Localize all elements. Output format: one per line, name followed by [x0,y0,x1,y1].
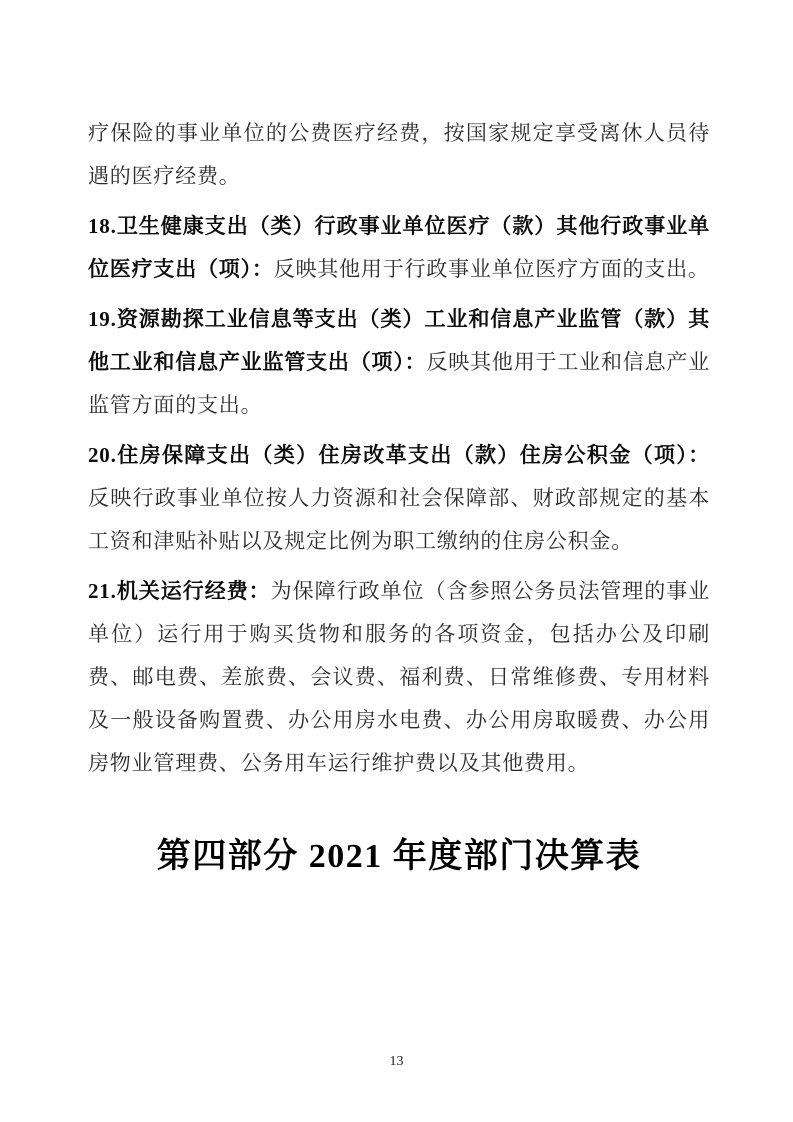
definition-item-20: 20.住房保障支出（类）住房改革支出（款）住房公积金（项）：反映行政事业单位按人… [88,434,710,563]
definition-item-21: 21.机关运行经费：为保障行政单位（含参照公务员法管理的事业单位）运行用于购买货… [88,570,710,785]
definition-description: 为保障行政单位（含参照公务员法管理的事业单位）运行用于购买货物和服务的各项资金，… [88,579,710,775]
definition-term: 21.机关运行经费： [88,579,271,603]
page-number: 13 [0,1054,793,1070]
document-page: 疗保险的事业单位的公费医疗经费，按国家规定享受离休人员待遇的医疗经费。 18.卫… [0,0,793,1122]
definition-item-18: 18.卫生健康支出（类）行政事业单位医疗（款）其他行政事业单位医疗支出（项）：反… [88,205,710,291]
section-title: 第四部分 2021 年度部门决算表 [88,831,710,883]
paragraph-continuation-17: 疗保险的事业单位的公费医疗经费，按国家规定享受离休人员待遇的医疗经费。 [88,112,710,198]
definition-description: 反映其他用于行政事业单位医疗方面的支出。 [274,257,710,281]
definition-item-19: 19.资源勘探工业信息等支出（类）工业和信息产业监管（款）其他工业和信息产业监管… [88,298,710,427]
paragraph-text: 疗保险的事业单位的公费医疗经费，按国家规定享受离休人员待遇的医疗经费。 [88,121,710,188]
definition-description: 反映行政事业单位按人力资源和社会保障部、财政部规定的基本工资和津贴补贴以及规定比… [88,486,710,553]
definition-term: 20.住房保障支出（类）住房改革支出（款）住房公积金（项）： [88,443,710,467]
document-body: 疗保险的事业单位的公费医疗经费，按国家规定享受离休人员待遇的医疗经费。 18.卫… [88,112,710,883]
